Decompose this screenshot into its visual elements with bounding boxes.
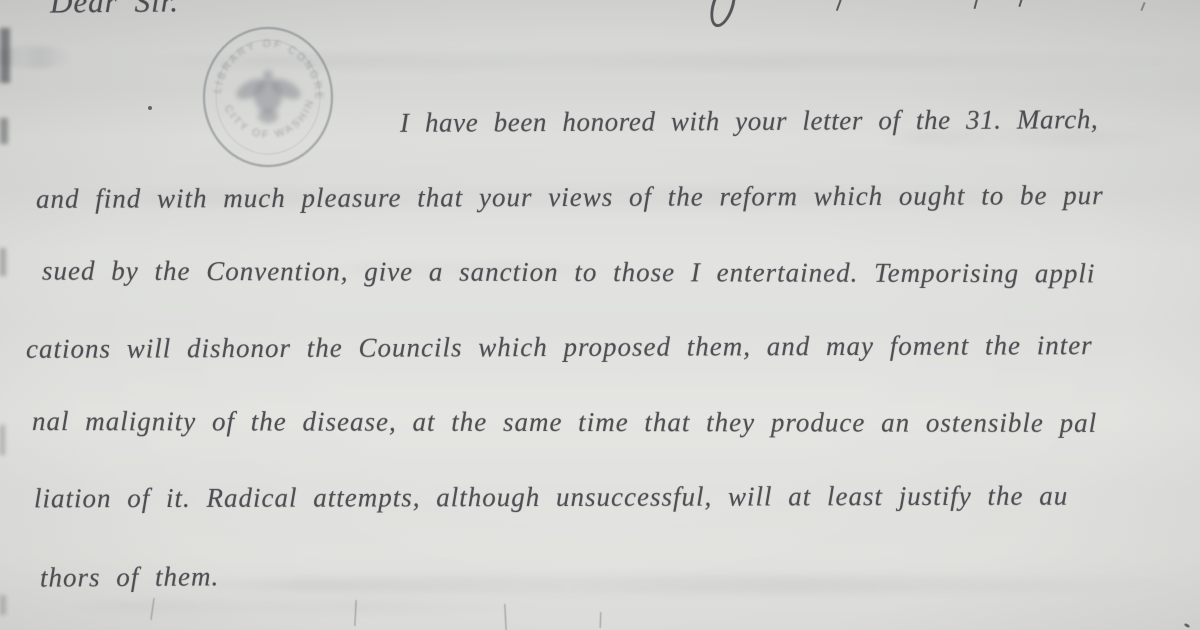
bleedthrough-smudge bbox=[0, 46, 72, 68]
letter-line: nal malignity of the disease, at the sam… bbox=[32, 406, 1097, 439]
binding-edge-smudge bbox=[0, 248, 6, 276]
descender-stroke-mark bbox=[1140, 2, 1145, 11]
stamp-eagle-emblem bbox=[233, 70, 304, 123]
letter-line: cations will dishonor the Councils which… bbox=[26, 330, 1093, 365]
bleedthrough-smudge bbox=[60, 600, 560, 613]
descender-stroke-mark bbox=[836, 0, 842, 11]
bleedthrough-smudge bbox=[180, 576, 1200, 594]
letter-line: liation of it. Radical attempts, althoug… bbox=[34, 481, 1068, 515]
paper-fiber-mark bbox=[600, 612, 602, 628]
binding-edge-smudge bbox=[0, 118, 8, 144]
binding-edge-smudge bbox=[0, 425, 5, 455]
letter-line: I have been honored with your letter of … bbox=[400, 104, 1098, 139]
letter-page: LIBRARY OF CONGRESS CITY OF WASHINGTON D… bbox=[0, 0, 1200, 630]
binding-edge-smudge bbox=[0, 595, 6, 615]
salutation: Dear Sir. bbox=[50, 0, 179, 21]
letter-line: and find with much pleasure that your vi… bbox=[36, 180, 1104, 215]
library-of-congress-stamp: LIBRARY OF CONGRESS CITY OF WASHINGTON bbox=[198, 22, 338, 172]
binding-edge-smudge bbox=[0, 28, 10, 83]
ink-dot bbox=[148, 106, 152, 110]
letter-line: sued by the Convention, give a sanction … bbox=[42, 256, 1095, 290]
descender-loop-mark bbox=[705, 0, 740, 30]
descender-stroke-mark bbox=[1018, 0, 1023, 7]
letter-line: thors of them. bbox=[40, 561, 219, 593]
descender-stroke-mark bbox=[973, 0, 978, 9]
ink-dot bbox=[1184, 623, 1191, 629]
paper-fiber-mark bbox=[354, 600, 356, 626]
